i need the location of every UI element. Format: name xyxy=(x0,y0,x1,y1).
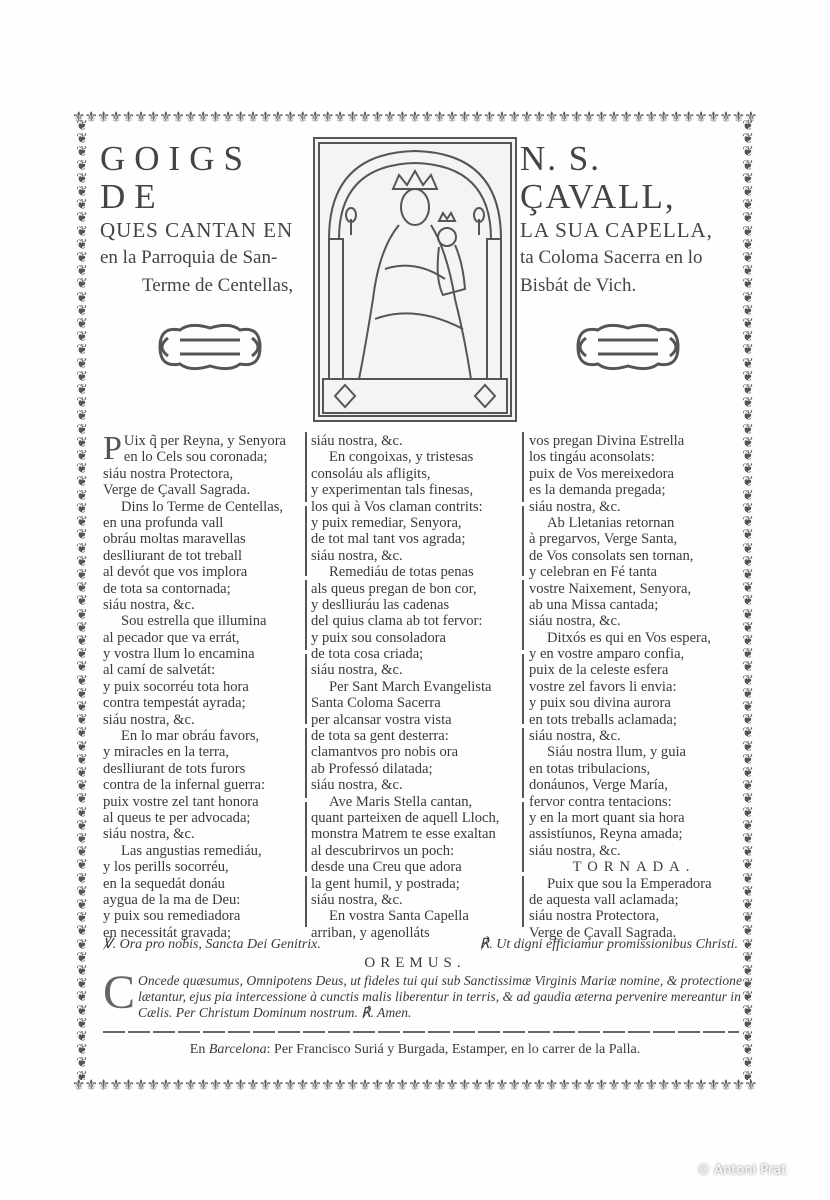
header-left: GOIGS DE QUES CANTAN EN en la Parroquia … xyxy=(100,140,310,300)
printer-imprint: En Barcelona: Per Francisco Suriá y Burg… xyxy=(0,1042,830,1058)
title-line-1-right: N. S. ÇAVALL, xyxy=(520,140,740,216)
title-line-2-right: LA SUA CAPELLA, xyxy=(520,216,740,244)
verse-line: ab Professó dilatada; xyxy=(311,761,521,777)
verse-line: siáu nostra, &c. xyxy=(311,662,521,678)
verse-line: siáu nostra Protectora, xyxy=(529,908,739,924)
verse-line: y puix remediar, Senyora, xyxy=(311,515,521,531)
verse-line: vos pregan Divina Estrella xyxy=(529,433,739,449)
verse-line: desde una Creu que adora xyxy=(311,859,521,875)
verse-line: Sou estrella que illumina xyxy=(103,613,303,629)
copyright-watermark: © Antoni Prat xyxy=(697,1163,786,1178)
verse-line: siáu nostra, &c. xyxy=(103,597,303,613)
verse-line: siáu nostra, &c. xyxy=(529,613,739,629)
verse-column-1: PUix q̃ per Reyna, y Senyoraen lo Cels s… xyxy=(103,433,303,941)
verse-line: Ave Maris Stella cantan, xyxy=(311,794,521,810)
verse-line: puix de Vos mereixedora xyxy=(529,466,739,482)
verse-line: y vostra llum lo encamina xyxy=(103,646,303,662)
verse-line: de Vos consolats sen tornan, xyxy=(529,548,739,564)
verse-line: deslliurant de tot treball xyxy=(103,548,303,564)
oremus-prayer: COncede quæsumus, Omnipotens Deus, ut fi… xyxy=(103,973,743,1021)
verse-line: de tota cosa criada; xyxy=(311,646,521,662)
verse-line: contra de la infernal guerra: xyxy=(103,777,303,793)
verse-line: siáu nostra, &c. xyxy=(529,843,739,859)
verse-line: obráu moltas maravellas xyxy=(103,531,303,547)
verse-line: per alcansar vostra vista xyxy=(311,712,521,728)
prayer-dropcap: C xyxy=(103,973,135,1013)
verse-line: als queus pregan de bon cor, xyxy=(311,581,521,597)
verse-line: y puix sou remediadora xyxy=(103,908,303,924)
verse-line: y miracles en la terra, xyxy=(103,744,303,760)
verse-line: siáu nostra, &c. xyxy=(103,826,303,842)
verse-line: aygua de la ma de Deu: xyxy=(103,892,303,908)
verse-line: siáu nostra, &c. xyxy=(529,728,739,744)
verse-line: contra tempestát ayrada; xyxy=(103,695,303,711)
title-line-2: QUES CANTAN EN xyxy=(100,216,310,244)
verse-line: TORNADA. xyxy=(529,859,739,875)
title-line-3: en la Parroquia de San- xyxy=(100,244,310,272)
verse-line: y puix socorréu tota hora xyxy=(103,679,303,695)
verse-line: siáu nostra, &c. xyxy=(311,548,521,564)
verse-line: Remediáu de totas penas xyxy=(311,564,521,580)
verse-line: siáu nostra, &c. xyxy=(311,892,521,908)
ornamental-border-right: ❦❦❦❦❦❦❦❦❦❦❦❦❦❦❦❦❦❦❦❦❦❦❦❦❦❦❦❦❦❦❦❦❦❦❦❦❦❦❦❦… xyxy=(738,120,758,1080)
verse-line: quant parteixen de aquell Lloch, xyxy=(311,810,521,826)
verse-line: al devót que vos implora xyxy=(103,564,303,580)
title-line-4: Terme de Centellas, xyxy=(100,272,310,300)
verse-line: Siáu nostra llum, y guia xyxy=(529,744,739,760)
verse-line: al pecador que va errát, xyxy=(103,630,303,646)
verse-line: de aquesta vall aclamada; xyxy=(529,892,739,908)
imprint-city: Barcelona xyxy=(209,1042,267,1057)
verse-line: y puix sou consoladora xyxy=(311,630,521,646)
title-line-1: GOIGS DE xyxy=(100,140,310,216)
verse-line: Ditxós es qui en Vos espera, xyxy=(529,630,739,646)
verse-line: En vostra Santa Capella xyxy=(311,908,521,924)
verse-line: vostre Naixement, Senyora, xyxy=(529,581,739,597)
verse-line: los qui à Vos claman contrits: xyxy=(311,499,521,515)
verse-line: fervor contra tentacions: xyxy=(529,794,739,810)
virgin-and-child-icon xyxy=(315,139,515,420)
verse-line: la gent humil, y postrada; xyxy=(311,876,521,892)
ornamental-border-bottom: ⚜⚜⚜⚜⚜⚜⚜⚜⚜⚜⚜⚜⚜⚜⚜⚜⚜⚜⚜⚜⚜⚜⚜⚜⚜⚜⚜⚜⚜⚜⚜⚜⚜⚜⚜⚜⚜⚜⚜⚜… xyxy=(72,1074,758,1096)
response: ℟. Ut digni efficiamur promissionibus Ch… xyxy=(480,936,738,953)
verse-line: vostre zel favors li envia: xyxy=(529,679,739,695)
verse-line: y deslliuráu las cadenas xyxy=(311,597,521,613)
virgin-woodcut-image xyxy=(313,137,517,422)
cartouche-ornament-right-icon xyxy=(568,318,688,376)
verse-line: los tingáu aconsolats: xyxy=(529,449,739,465)
verse-column-3: vos pregan Divina Estrellalos tingáu aco… xyxy=(529,433,739,941)
verse-line: ab una Missa cantada; xyxy=(529,597,739,613)
verse-line: es la demanda pregada; xyxy=(529,482,739,498)
verse-line: Dins lo Terme de Centellas, xyxy=(103,499,303,515)
verse-line: clamantvos pro nobis ora xyxy=(311,744,521,760)
separator-rule xyxy=(103,1031,739,1033)
verse-line: y celebran en Fé tanta xyxy=(529,564,739,580)
verse-line: siáu nostra, &c. xyxy=(311,433,521,449)
verse-line: y puix sou divina aurora xyxy=(529,695,739,711)
verse-dropcap: P xyxy=(103,434,122,464)
cartouche-ornament-left-icon xyxy=(150,318,270,376)
verse-line: à pregarvos, Verge Santa, xyxy=(529,531,739,547)
verse-line: assistíunos, Reyna amada; xyxy=(529,826,739,842)
verse-line: al descubrirvos un poch: xyxy=(311,843,521,859)
verse-line: Verge de Çavall Sagrada. xyxy=(103,482,303,498)
verse-line: al camí de salvetát: xyxy=(103,662,303,678)
prayer-text: Oncede quæsumus, Omnipotens Deus, ut fid… xyxy=(138,973,742,1020)
verse-line: en la sequedát donáu xyxy=(103,876,303,892)
versicle-response: ℣. Ora pro nobis, Sancta Dei Genitrix. ℟… xyxy=(103,936,738,953)
verse-line: de tot mal tant vos agrada; xyxy=(311,531,521,547)
verse-line: puix de la celeste esfera xyxy=(529,662,739,678)
column-rule-1 xyxy=(305,432,307,927)
ornamental-border-left: ❦❦❦❦❦❦❦❦❦❦❦❦❦❦❦❦❦❦❦❦❦❦❦❦❦❦❦❦❦❦❦❦❦❦❦❦❦❦❦❦… xyxy=(72,120,92,1080)
versicle: ℣. Ora pro nobis, Sancta Dei Genitrix. xyxy=(103,937,321,952)
verse-line: En lo mar obráu favors, xyxy=(103,728,303,744)
verse-line: del quius clama ab tot fervor: xyxy=(311,613,521,629)
verse-line: al queus te per advocada; xyxy=(103,810,303,826)
verse-line: Santa Coloma Sacerra xyxy=(311,695,521,711)
imprint-prefix: En xyxy=(190,1042,209,1057)
ornamental-border-top: ⚜⚜⚜⚜⚜⚜⚜⚜⚜⚜⚜⚜⚜⚜⚜⚜⚜⚜⚜⚜⚜⚜⚜⚜⚜⚜⚜⚜⚜⚜⚜⚜⚜⚜⚜⚜⚜⚜⚜⚜… xyxy=(72,106,758,128)
verse-line: Ab Lletanias retornan xyxy=(529,515,739,531)
verse-column-2: siáu nostra, &c.En congoixas, y tristesa… xyxy=(311,433,521,941)
verse-line: puix vostre zel tant honora xyxy=(103,794,303,810)
verse-line: siáu nostra Protectora, xyxy=(103,466,303,482)
column-rule-2 xyxy=(522,432,524,927)
imprint-rest: : Per Francisco Suriá y Burgada, Estampe… xyxy=(267,1042,641,1057)
verse-line: de tota sa contornada; xyxy=(103,581,303,597)
header-right: N. S. ÇAVALL, LA SUA CAPELLA, ta Coloma … xyxy=(520,140,740,300)
verse-line: consoláu als afligits, xyxy=(311,466,521,482)
verse-line: En congoixas, y tristesas xyxy=(311,449,521,465)
verse-line: siáu nostra, &c. xyxy=(103,712,303,728)
verse-line: en una profunda vall xyxy=(103,515,303,531)
verse-line: de tota sa gent desterra: xyxy=(311,728,521,744)
verse-line: y los perills socorréu, xyxy=(103,859,303,875)
verse-line: monstra Matrem te esse exaltan xyxy=(311,826,521,842)
verse-line: en lo Cels sou coronada; xyxy=(103,449,303,465)
verse-line: Las angustias remediáu, xyxy=(103,843,303,859)
verse-line: y experimentan tals finesas, xyxy=(311,482,521,498)
verse-line: donáunos, Verge María, xyxy=(529,777,739,793)
verse-line: PUix q̃ per Reyna, y Senyora xyxy=(103,433,303,449)
verse-line: deslliurant de tots furors xyxy=(103,761,303,777)
verse-line: y en la mort quant sia hora xyxy=(529,810,739,826)
goigs-sheet: ⚜⚜⚜⚜⚜⚜⚜⚜⚜⚜⚜⚜⚜⚜⚜⚜⚜⚜⚜⚜⚜⚜⚜⚜⚜⚜⚜⚜⚜⚜⚜⚜⚜⚜⚜⚜⚜⚜⚜⚜… xyxy=(0,0,830,1200)
verse-line: siáu nostra, &c. xyxy=(311,777,521,793)
verse-line: y en vostre amparo confia, xyxy=(529,646,739,662)
title-line-4-right: Bisbát de Vich. xyxy=(520,272,740,300)
verse-line: Per Sant March Evangelista xyxy=(311,679,521,695)
title-line-3-right: ta Coloma Sacerra en lo xyxy=(520,244,740,272)
verse-line: siáu nostra, &c. xyxy=(529,499,739,515)
verse-line: en totas tribulacions, xyxy=(529,761,739,777)
verse-line: Puix que sou la Emperadora xyxy=(529,876,739,892)
verse-line: en tots treballs aclamada; xyxy=(529,712,739,728)
